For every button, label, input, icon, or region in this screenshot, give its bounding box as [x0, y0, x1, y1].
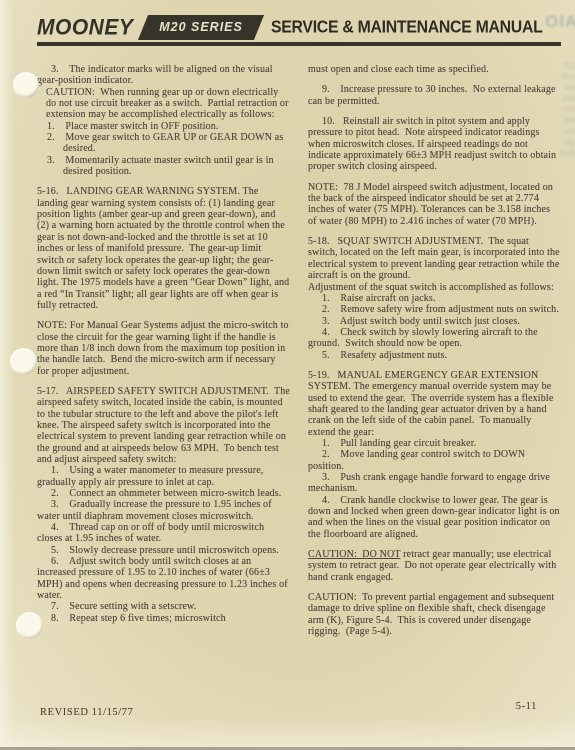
paragraph: 3. Adjust switch body until switch just … [308, 316, 561, 327]
paragraph: 5. Resafety adjustment nuts. [308, 350, 561, 361]
paragraph: 3. Momentarily actuate master switch unt… [37, 155, 290, 178]
paragraph: 1. Place master switch in OFF position. [37, 121, 290, 132]
paragraph: 1. Using a water manometer to measure pr… [37, 465, 290, 488]
paragraph: 2. Move gear switch to GEAR UP or GEAR D… [37, 132, 290, 155]
underlined-caution-label: CAUTION: DO NOT [308, 549, 401, 560]
paragraph: 3. The indicator marks will be aligned o… [37, 64, 290, 87]
punch-hole [10, 348, 37, 375]
paragraph: 5-17. AIRSPEED SAFETY SWITCH ADJUSTMENT.… [37, 386, 290, 465]
paragraph: 1. Pull landing gear circuit breaker. [308, 438, 561, 449]
page-body: 3. The indicator marks will be aligned o… [37, 64, 561, 712]
punch-hole [16, 612, 43, 639]
paragraph: 2. Connect an ohmmeter between micro-swi… [37, 488, 290, 499]
paragraph: 4. Check switch by slowly lowering aircr… [308, 327, 561, 350]
paragraph: Adjustment of the squat switch is accomp… [308, 282, 561, 293]
manual-page: MOONEY M20 SERIES SERVICE & MAINTENANCE … [0, 0, 575, 750]
paragraph: 4. Thread cap on or off of body until mi… [37, 522, 290, 545]
paragraph: 5-19. MANUAL EMERGENCY GEAR EXTENSION SY… [308, 370, 561, 438]
paragraph: NOTE: 78 J Model airspeed switch adjustm… [308, 182, 561, 227]
paragraph: 4. Crank handle clockwise to lower gear.… [308, 495, 561, 540]
paragraph: 5-18. SQUAT SWITCH ADJUSTMENT. The squat… [308, 236, 561, 281]
manual-header: MOONEY M20 SERIES SERVICE & MAINTENANCE … [37, 14, 561, 41]
revision-note: REVISED 11/15/77 [40, 707, 134, 718]
left-column: 3. The indicator marks will be aligned o… [37, 64, 290, 712]
punch-hole [13, 72, 39, 98]
paragraph: 5-16. LANDING GEAR WARNING SYSTEM. The l… [37, 186, 290, 311]
header-rule [37, 42, 561, 46]
paragraph: 5. Slowly decrease pressure until micros… [37, 545, 290, 556]
right-column: must open and close each time as specifi… [308, 64, 561, 712]
paragraph: 1. Raise aircraft on jacks. [308, 293, 561, 304]
paragraph: 8. Repeat step 6 five times; microswitch [37, 613, 290, 624]
paragraph: must open and close each time as specifi… [308, 64, 561, 75]
paragraph: 10. Reinstall air switch in pitot system… [308, 116, 561, 173]
paragraph: 9. Increase pressure to 30 inches. No ex… [308, 84, 561, 107]
paragraph: 3. Push crank engage handle forward to e… [308, 472, 561, 495]
bleed-through-ghost: ghosted bleed-through text [559, 60, 575, 159]
mooney-logo: MOONEY [37, 15, 133, 40]
series-badge: M20 SERIES [138, 15, 264, 40]
paragraph: CAUTION: When running gear up or down el… [37, 87, 290, 121]
paragraph: 7. Secure setting with a setscrew. [37, 601, 290, 612]
paragraph: CAUTION: DO NOT retract gear manually; u… [308, 549, 561, 583]
paragraph: 6. Adjust switch body until switch close… [37, 556, 290, 601]
series-badge-label: M20 SERIES [160, 20, 244, 34]
paragraph: NOTE: For Manual Gear Systems adjust the… [37, 320, 290, 377]
manual-title: SERVICE & MAINTENANCE MANUAL [271, 17, 543, 38]
paragraph: 3. Gradually increase the pressure to 1.… [37, 499, 290, 522]
paragraph: CAUTION: To prevent partial engagement a… [308, 592, 561, 637]
paragraph: 2. Remove safety wire from adjustment nu… [308, 304, 561, 315]
page-number: 5-11 [516, 701, 537, 712]
paragraph: 2. Move landing gear control switch to D… [308, 449, 561, 472]
